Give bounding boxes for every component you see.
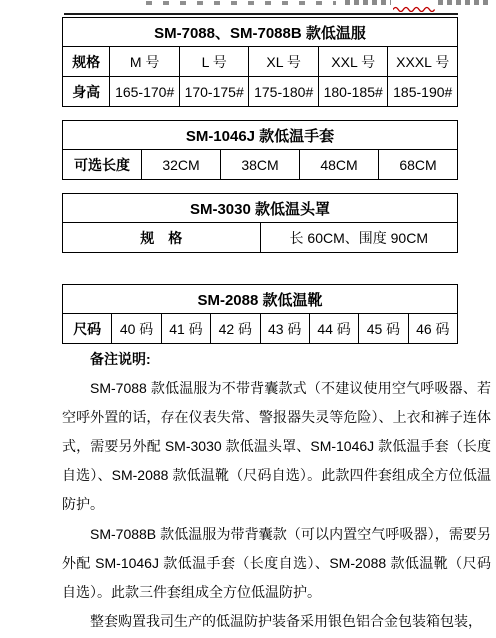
spellcheck-squiggle-icon <box>393 5 435 12</box>
table-row: 身高165-170#170-175#175-180#180-185#185-19… <box>63 77 458 107</box>
table-row: 规 格长 60CM、围度 90CM <box>63 223 458 253</box>
table-cell: 长 60CM、围度 90CM <box>260 223 458 253</box>
table-title: SM-2088 款低温靴 <box>63 285 458 314</box>
table-cell: 165-170# <box>110 77 180 107</box>
horizontal-rule <box>64 13 458 15</box>
table-row: 可选长度32CM38CM48CM68CM <box>63 150 458 180</box>
table-cell: 41 码 <box>161 314 210 344</box>
table-cell: 48CM <box>300 150 379 180</box>
table-sm1046j-gloves: SM-1046J 款低温手套可选长度32CM38CM48CM68CM <box>62 120 458 180</box>
table-cell: 185-190# <box>388 77 458 107</box>
table-sm7088-suit: SM-7088、SM-7088B 款低温服规格M 号L 号XL 号XXL 号XX… <box>62 17 458 107</box>
table-cell: 42 码 <box>211 314 260 344</box>
table-title: SM-3030 款低温头罩 <box>63 194 458 223</box>
table-sm2088-boots: SM-2088 款低温靴尺码40 码41 码42 码43 码44 码45 码46… <box>62 284 458 344</box>
table-row: 规格M 号L 号XL 号XXL 号XXXL 号 <box>63 47 458 77</box>
table-cell: 43 码 <box>260 314 309 344</box>
table-cell: L 号 <box>179 47 249 77</box>
table-cell: 170-175# <box>179 77 249 107</box>
clipped-text-fragment <box>438 0 492 5</box>
table-cell: 40 码 <box>112 314 161 344</box>
table-cell: 32CM <box>142 150 221 180</box>
notes-section: 备注说明: SM-7088 款低温服为不带背囊款式（不建议使用空气呼吸器、若空呼… <box>62 345 491 636</box>
row-header-cell: 身高 <box>63 77 110 107</box>
table-sm3030-hood: SM-3030 款低温头罩规 格长 60CM、围度 90CM <box>62 193 458 253</box>
notes-heading: 备注说明: <box>62 345 491 374</box>
table-cell: M 号 <box>110 47 180 77</box>
table-cell: 44 码 <box>309 314 358 344</box>
table-cell: XXXL 号 <box>388 47 458 77</box>
row-header-cell: 规格 <box>63 47 110 77</box>
table-cell: 38CM <box>221 150 300 180</box>
table-cell: XL 号 <box>249 47 319 77</box>
table-row: 尺码40 码41 码42 码43 码44 码45 码46 码 <box>63 314 458 344</box>
table-title: SM-1046J 款低温手套 <box>63 121 458 150</box>
row-header-cell: 规 格 <box>63 223 261 253</box>
clipped-text-fragment <box>345 0 391 5</box>
note-paragraph-1: SM-7088 款低温服为不带背囊款式（不建议使用空气呼吸器、若空呼外置的话，存… <box>62 374 491 519</box>
note-paragraph-3: 整套购置我司生产的低温防护装备采用银色铝合金包装箱包装， <box>62 607 491 636</box>
clipped-text-fragment <box>146 1 336 5</box>
table-cell: 175-180# <box>249 77 319 107</box>
table-cell: 45 码 <box>359 314 408 344</box>
table-cell: XXL 号 <box>318 47 388 77</box>
note-paragraph-2: SM-7088B 款低温服为带背囊款（可以内置空气呼吸器），需要另外配 SM-1… <box>62 520 491 607</box>
row-header-cell: 尺码 <box>63 314 112 344</box>
table-cell: 68CM <box>379 150 458 180</box>
table-title: SM-7088、SM-7088B 款低温服 <box>63 18 458 47</box>
table-cell: 180-185# <box>318 77 388 107</box>
row-header-cell: 可选长度 <box>63 150 142 180</box>
table-cell: 46 码 <box>408 314 457 344</box>
